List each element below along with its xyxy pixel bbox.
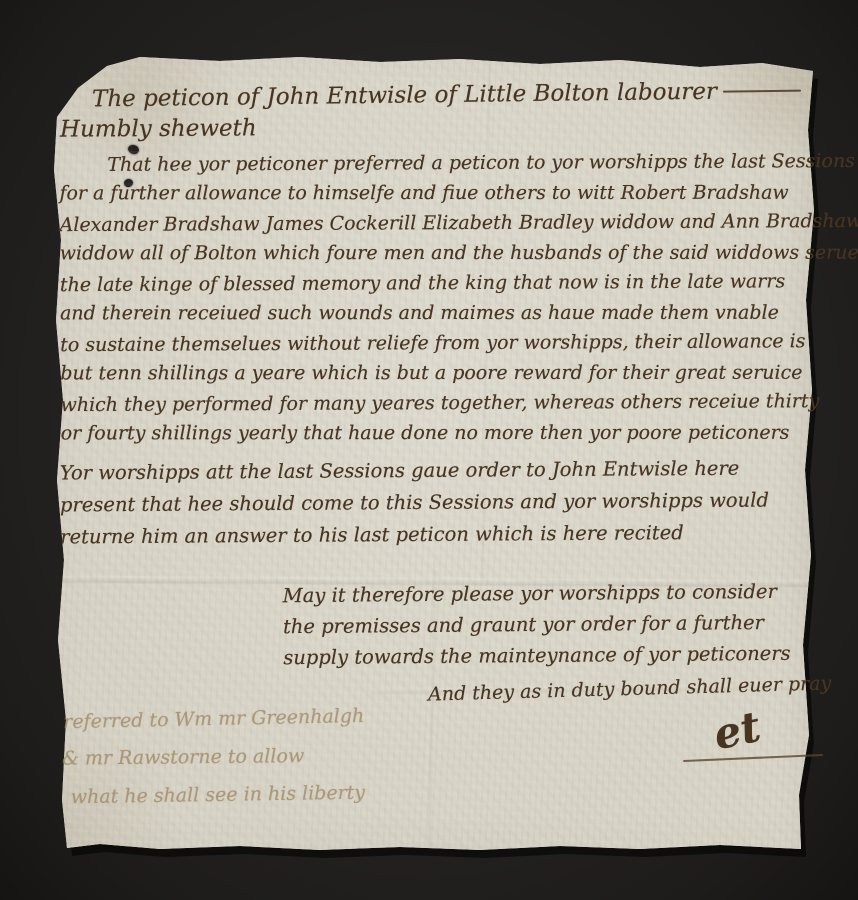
heading-line-2: Humbly sheweth	[60, 115, 257, 142]
manuscript-line: present that hee should come to this Ses…	[60, 485, 769, 522]
manuscript-line: for a further allowance to himselfe and …	[59, 178, 858, 209]
flourish-line	[723, 90, 801, 93]
manuscript-line: That hee yor peticoner preferred a petic…	[59, 146, 858, 180]
manuscript-line: or fourty shillings yearly that haue don…	[61, 418, 858, 449]
annotation-line: & mr Rawstorne to allow	[62, 736, 365, 777]
manuscript-line: supply towards the mainteynance of yor p…	[283, 638, 791, 673]
clerk-annotation: referred to Wm mr Greenhalgh & mr Rawsto…	[63, 697, 366, 817]
closing-flourish: et	[709, 702, 764, 760]
manuscript-line: widdow all of Bolton which foure men and…	[60, 238, 858, 269]
annotation-line: referred to Wm mr Greenhalgh	[63, 697, 365, 741]
manuscript-line: returne him an answer to his last petico…	[60, 517, 769, 554]
photo-background: The peticon of John Entwisle of Little B…	[0, 0, 858, 900]
manuscript-line: the late kinge of blessed memory and the…	[60, 266, 858, 300]
manuscript-line: Alexander Bradshaw James Cockerill Eliza…	[60, 206, 858, 240]
manuscript-line: the premisses and graunt yor order for a…	[283, 607, 791, 642]
manuscript-line: and therein receiued such wounds and mai…	[60, 298, 858, 329]
manuscript-line: but tenn shillings a yeare which is but …	[60, 358, 858, 389]
manuscript-line: Yor worshipps att the last Sessions gaue…	[60, 453, 769, 490]
manuscript-line: which they performed for many yeares tog…	[60, 386, 858, 420]
annotation-line: what he shall see in his liberty	[71, 774, 367, 817]
prayer-paragraph: May it therefore please yor worshipps to…	[283, 576, 791, 673]
manuscript-line: to sustaine themselues without reliefe f…	[60, 326, 858, 360]
petition-paragraph-2: Yor worshipps att the last Sessions gaue…	[60, 453, 770, 554]
manuscript-line: May it therefore please yor worshipps to…	[283, 576, 791, 611]
petition-paragraph-1: That hee yor peticoner preferred a petic…	[59, 146, 858, 450]
